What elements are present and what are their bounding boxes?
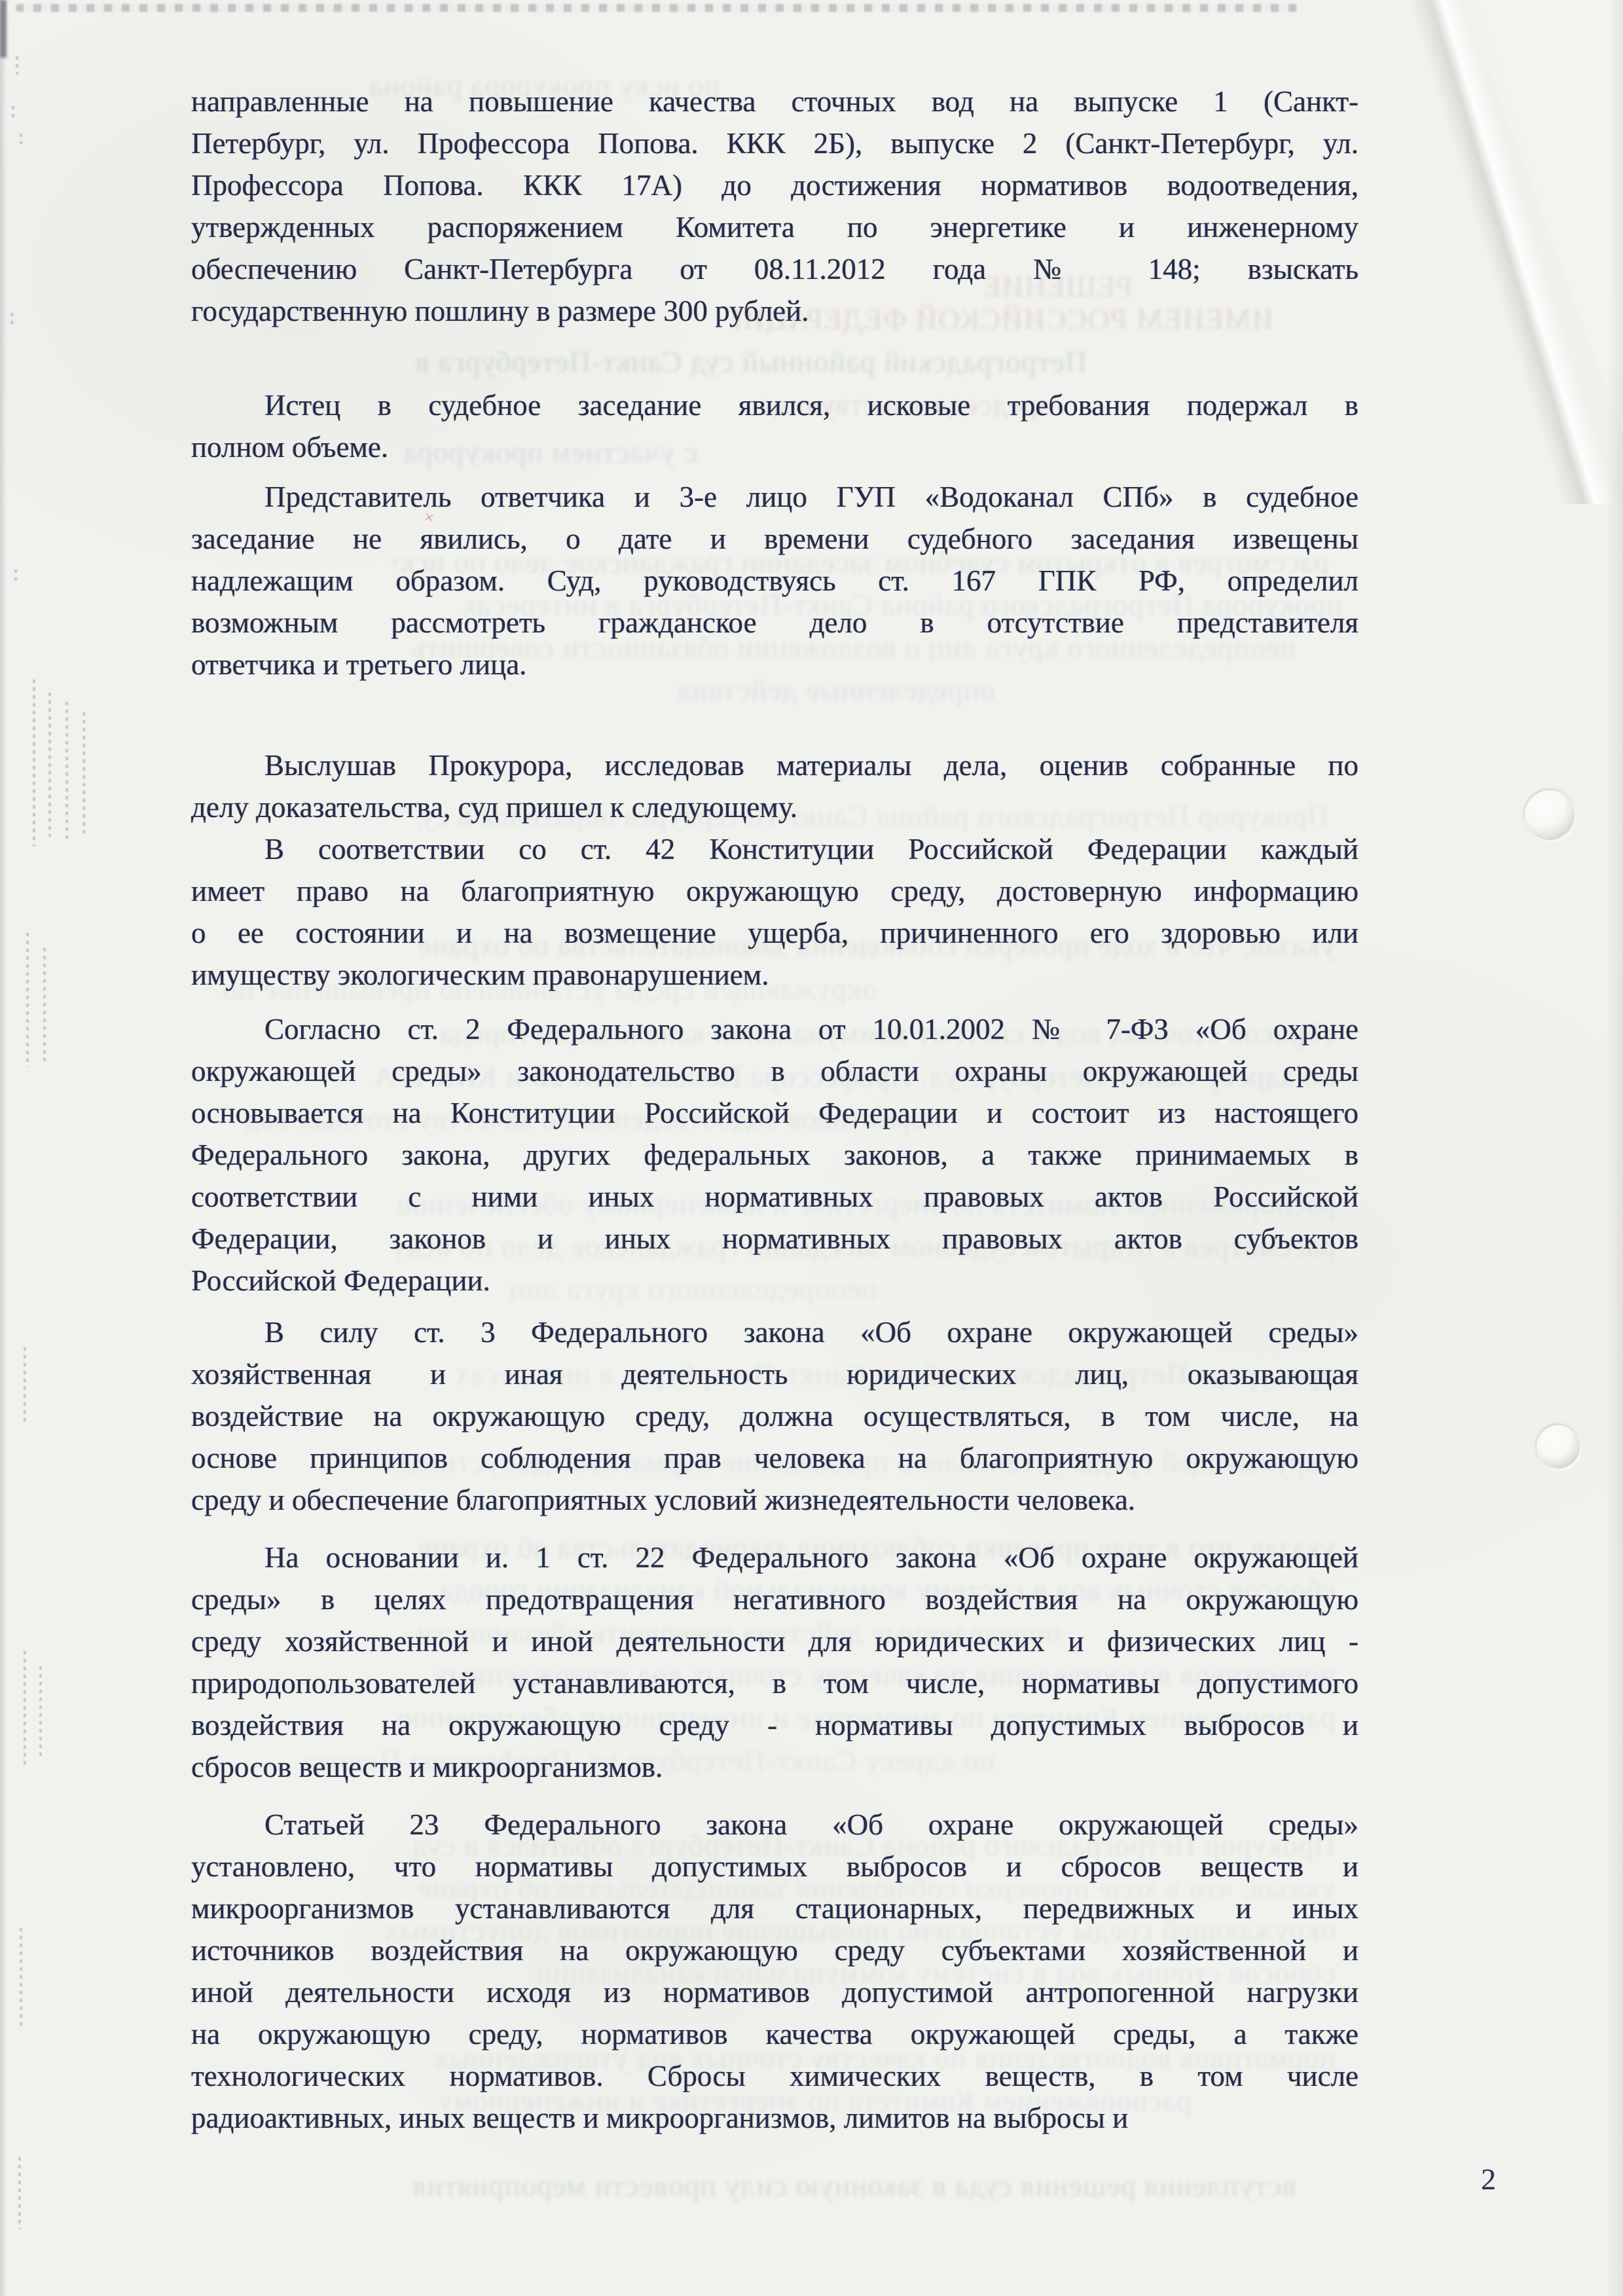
paragraph: В силу ст. 3 Федерального закона «Об охр… <box>191 1311 1359 1521</box>
margin-bleed-streak <box>12 106 14 119</box>
scanner-left-edge-shadow <box>0 0 7 2296</box>
text-line: полном объеме. <box>191 426 1359 468</box>
margin-bleed-streak <box>82 712 85 833</box>
text-line: надлежащим образом. Суд, руководствуясь … <box>191 560 1359 602</box>
paragraph: Истец в судебное заседание явился, исков… <box>191 384 1359 468</box>
document-text-column: направленные на повышение качества сточн… <box>191 81 1359 2139</box>
text-line: В силу ст. 3 Федерального закона «Об охр… <box>191 1311 1359 1353</box>
paragraph: В соответствии со ст. 42 Конституции Рос… <box>191 828 1359 996</box>
margin-bleed-streak <box>14 570 17 581</box>
paragraph: На основании и. 1 ст. 22 Федерального за… <box>191 1537 1359 1788</box>
text-line: среду хозяйственной и иной деятельности … <box>191 1620 1359 1662</box>
punch-hole <box>1525 790 1575 840</box>
text-line: направленные на повышение качества сточн… <box>191 81 1359 122</box>
text-line: хозяйственная и иная деятельность юридич… <box>191 1353 1359 1395</box>
paragraph: Представитель ответчика и 3-е лицо ГУП «… <box>191 476 1359 685</box>
text-line: Статьей 23 Федерального закона «Об охран… <box>191 1804 1359 1846</box>
text-line: возможным рассмотреть гражданское дело в… <box>191 602 1359 644</box>
text-line: окружающей среды» законодательство в обл… <box>191 1050 1359 1092</box>
text-line: обеспечению Санкт-Петербурга от 08.11.20… <box>191 248 1359 290</box>
margin-bleed-streak <box>20 134 22 144</box>
punch-hole <box>1537 1425 1580 1468</box>
margin-bleed-streak <box>24 1651 26 1766</box>
text-line: имуществу экологическим правонарушением. <box>191 954 1359 996</box>
text-line: Федерального закона, других федеральных … <box>191 1134 1359 1176</box>
text-line: воздействие на окружающую среду, должна … <box>191 1395 1359 1437</box>
text-line: о ее состоянии и на возмещение ущерба, п… <box>191 912 1359 954</box>
paragraph: Выслушав Прокурора, исследовав материалы… <box>191 744 1359 828</box>
text-line: соответствии с ними иных нормативных пра… <box>191 1176 1359 1218</box>
margin-bleed-streak <box>39 1666 42 1758</box>
margin-bleed-streak <box>48 693 51 837</box>
paragraph: Согласно ст. 2 Федерального закона от 10… <box>191 1008 1359 1302</box>
text-line: микроорганизмов устанавливаются для стац… <box>191 1887 1359 1929</box>
text-line: природопользователей устанавливаются, в … <box>191 1662 1359 1704</box>
paragraph: направленные на повышение качества сточн… <box>191 81 1359 332</box>
margin-bleed-streak <box>10 313 13 327</box>
text-line: Истец в судебное заседание явился, исков… <box>191 384 1359 426</box>
bleed-through-line: вступления решения суда в законную силу … <box>282 2168 1296 2204</box>
text-line: Петербург, ул. Профессора Попова. ККК 2Б… <box>191 122 1359 164</box>
scanned-court-document-page: по иску прокурора районаРЕШЕНИЕИМЕНЕМ РО… <box>0 0 1623 2296</box>
text-line: технологических нормативов. Сбросы химич… <box>191 2055 1359 2097</box>
margin-bleed-streak <box>18 2157 21 2229</box>
margin-bleed-streak <box>43 948 46 1063</box>
text-line: Российской Федерации. <box>191 1260 1359 1302</box>
scanner-right-edge-shadow <box>1606 0 1623 2296</box>
margin-bleed-streak <box>16 56 18 75</box>
text-line: Согласно ст. 2 Федерального закона от 10… <box>191 1008 1359 1050</box>
margin-bleed-streak <box>65 702 68 843</box>
text-line: Федерации, законов и иных нормативных пр… <box>191 1218 1359 1260</box>
text-line: делу доказательства, суд пришел к следую… <box>191 786 1359 828</box>
text-line: Представитель ответчика и 3-е лицо ГУП «… <box>191 476 1359 518</box>
text-line: ответчика и третьего лица. <box>191 644 1359 685</box>
text-line: среду и обеспечение благоприятных услови… <box>191 1479 1359 1521</box>
text-line: сбросов веществ и микроорганизмов. <box>191 1746 1359 1788</box>
text-line: установлено, что нормативы допустимых вы… <box>191 1846 1359 1887</box>
text-line: на окружающую среду, нормативов качества… <box>191 2013 1359 2055</box>
text-line: заседание не явились, о дате и времени с… <box>191 518 1359 560</box>
text-line: Профессора Попова. ККК 17А) до достижени… <box>191 164 1359 206</box>
margin-bleed-streak <box>24 1347 26 1426</box>
text-line: источников воздействия на окружающую сре… <box>191 1929 1359 1971</box>
margin-bleed-streak <box>33 680 35 847</box>
margin-bleed-streak <box>26 933 29 1067</box>
text-line: воздействия на окружающую среду - нормат… <box>191 1704 1359 1746</box>
text-line: государственную пошлину в размере 300 ру… <box>191 290 1359 332</box>
text-line: среды» в целях предотвращения негативног… <box>191 1578 1359 1620</box>
text-line: На основании и. 1 ст. 22 Федерального за… <box>191 1537 1359 1578</box>
text-line: Выслушав Прокурора, исследовав материалы… <box>191 744 1359 786</box>
text-line: В соответствии со ст. 42 Конституции Рос… <box>191 828 1359 870</box>
margin-bleed-streak <box>20 1928 22 2026</box>
text-line: основывается на Конституции Российской Ф… <box>191 1092 1359 1134</box>
page-number: 2 <box>1481 2162 1496 2196</box>
paragraph: Статьей 23 Федерального закона «Об охран… <box>191 1804 1359 2139</box>
scanner-top-edge-artifact <box>16 4 1299 12</box>
text-line: утвержденных распоряжением Комитета по э… <box>191 206 1359 248</box>
text-line: основе принципов соблюдения прав человек… <box>191 1437 1359 1479</box>
text-line: иной деятельности исходя из нормативов д… <box>191 1971 1359 2013</box>
text-line: имеет право на благоприятную окружающую … <box>191 870 1359 912</box>
text-line: радиоактивных, иных веществ и микроорган… <box>191 2097 1359 2139</box>
